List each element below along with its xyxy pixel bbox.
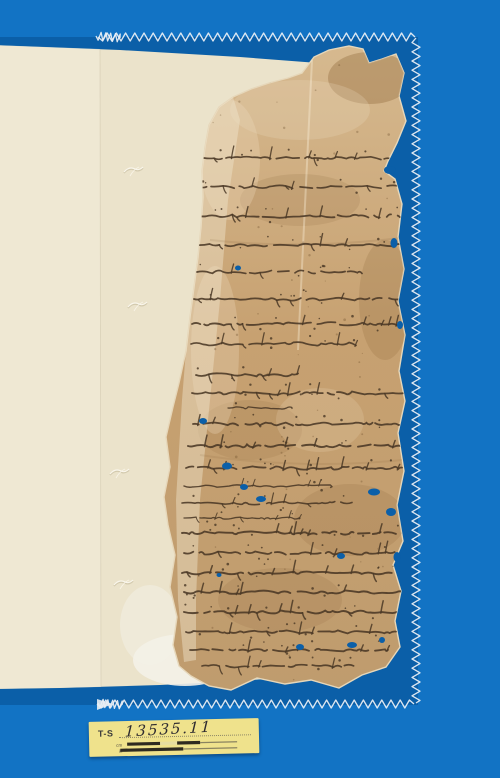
cm-bar-tail <box>200 741 237 743</box>
scale-bars: cm in <box>89 738 259 756</box>
label-series-prefix: T-S <box>98 728 114 738</box>
classmark-label: T-S 13535.11 cm in <box>89 718 260 757</box>
label-classmark-handwritten: 13535.11 <box>124 718 212 741</box>
manuscript-scene <box>0 0 500 778</box>
archival-photo-stage: T-S 13535.11 cm in <box>0 0 500 778</box>
in-bar-tail <box>183 747 237 749</box>
cm-bar-seg2 <box>160 741 177 745</box>
scale-unit-cm: cm <box>116 743 122 748</box>
cm-bar-seg3 <box>177 741 200 745</box>
cm-bar-seg1 <box>127 742 160 746</box>
in-bar-solid <box>120 747 183 752</box>
